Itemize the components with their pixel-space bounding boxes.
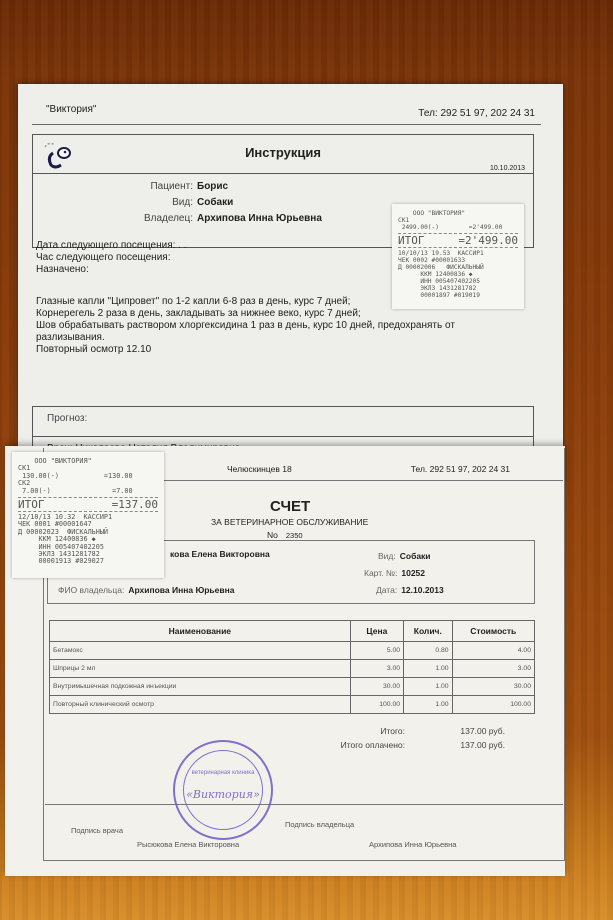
instruction-date: 10.10.2013 [490, 165, 525, 172]
instruction-header: Инструкция 10.10.2013 [33, 135, 533, 174]
clinic-name: "Виктория" [46, 104, 96, 115]
prescription-line: разлизывания. [36, 332, 506, 344]
invoice-number: No2350 [267, 530, 303, 540]
invoice-totals: Итого:137.00 руб. Итого оплачено:137.00 … [305, 724, 517, 752]
invoice-items-table: НаименованиеЦенаКолич.Стоимость Бетамокс… [49, 620, 535, 714]
receipt-total: ИТОГ=137.00 [18, 497, 158, 512]
table-row: Внутримышечная подкожная инъекции30.001.… [50, 678, 535, 696]
clinic-stamp: ветеринарная клиника «Виктория» [173, 740, 273, 840]
prescription-line: Повторный осмотр 12.10 [36, 344, 506, 356]
owner-name: Архипова Инна Юрьевна [197, 213, 322, 224]
receipt-total: ИТОГ=2'499.00 [398, 233, 518, 248]
card-number: 10252 [401, 568, 425, 578]
paid-amount: 137.00 руб. [405, 738, 517, 752]
receipt-company: ООО "ВИКТОРИЯ" [18, 458, 158, 465]
invoice-title: СЧЕТ [270, 498, 310, 515]
column-header: Наименование [50, 621, 351, 642]
prescription-line: Корнерегель 2 раза в день, закладывать з… [36, 308, 506, 320]
patient-row: Пациент:Борис [103, 181, 228, 192]
column-header: Стоимость [452, 621, 534, 642]
owner-signature-label: Подпись владельца [285, 820, 354, 829]
doctor-signature-label: Подпись врача [71, 826, 123, 835]
owner-row: Владелец:Архипова Инна Юрьевна [103, 213, 322, 224]
total-amount: 137.00 руб. [405, 724, 517, 738]
receipt-company: ООО "ВИКТОРИЯ" [398, 210, 518, 217]
doctor-signature-name: Рысюкова Елена Викторовна [137, 840, 239, 849]
owner-name: Архипова Инна Юрьевна [128, 585, 234, 595]
prescription-line: Шов обрабатывать раствором хлоргексидина… [36, 320, 506, 332]
owner-signature-name: Архипова Инна Юрьевна [369, 840, 456, 849]
prognosis-label: Прогноз: [33, 407, 533, 437]
species-row: Вид:Собаки [103, 197, 233, 208]
column-header: Колич. [404, 621, 453, 642]
instruction-title: Инструкция [33, 145, 533, 160]
divider [32, 124, 541, 125]
table-row: Шприцы 2 мл3.001.003.00 [50, 660, 535, 678]
clinic-phone: Тел: 292 51 97, 202 24 31 [418, 108, 535, 119]
clinic-phone: Тел. 292 51 97, 202 24 31 [411, 464, 510, 474]
invoice-date: 12.10.2013 [401, 585, 444, 595]
cash-receipt-2: ООО "ВИКТОРИЯ"СК1 130.00(-) =130.00СК2 7… [12, 452, 164, 578]
clinic-address: Челюскинцев 18 [227, 464, 292, 474]
table-row: Бетамокс5.000.804.00 [50, 642, 535, 660]
species: Собаки [400, 551, 431, 561]
cash-receipt-1: ООО "ВИКТОРИЯ"СК1 2499.00(-) =2'499.00ИТ… [392, 204, 524, 309]
doctor-name: кова Елена Викторовна [170, 549, 270, 559]
invoice-subtitle: ЗА ВЕТЕРИНАРНОЕ ОБСЛУЖИВАНИЕ [211, 517, 368, 527]
visit-fields: Дата следующего посещения: . . Час следу… [36, 240, 187, 276]
column-header: Цена [350, 621, 403, 642]
table-row: Повторный клинический осмотр100.001.0010… [50, 696, 535, 714]
species: Собаки [197, 197, 233, 208]
patient-name: Борис [197, 181, 228, 192]
